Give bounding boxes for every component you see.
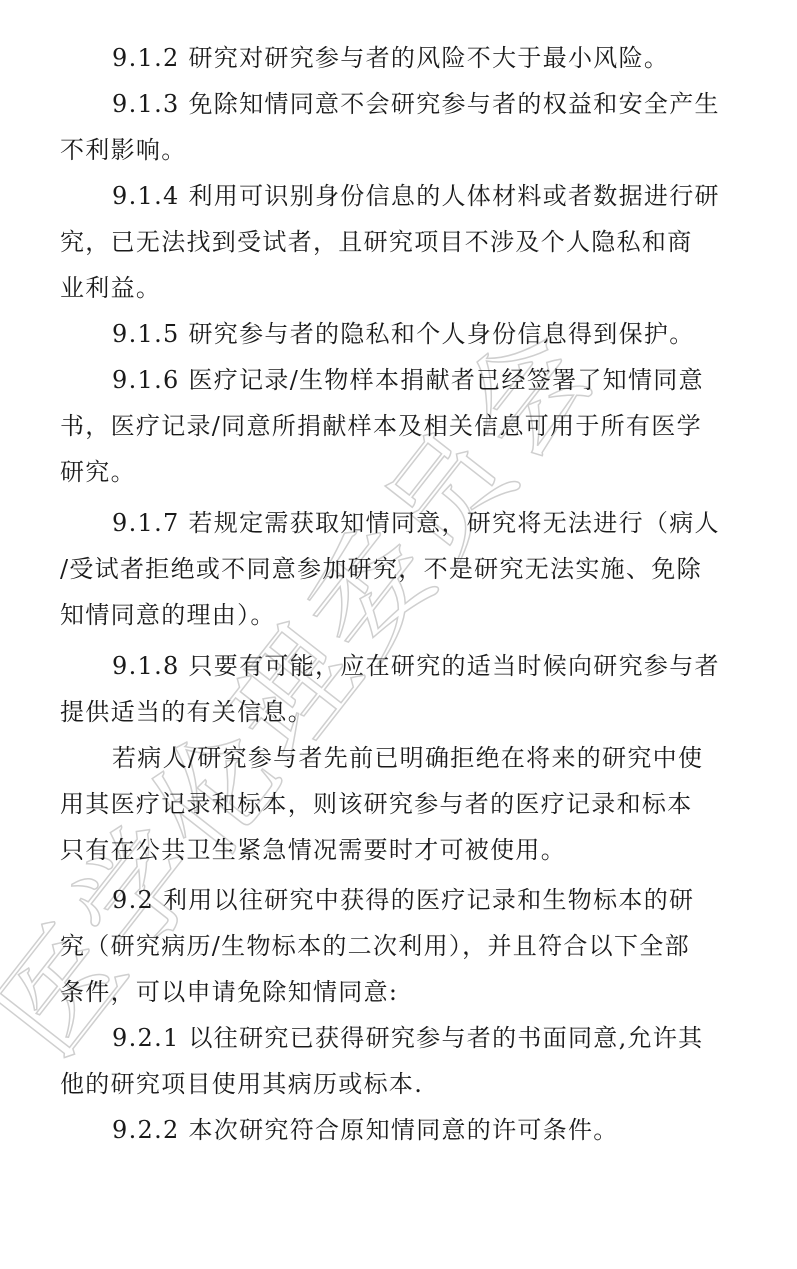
text-line: 9.2 利用以往研究中获得的医疗记录和生物标本的研	[112, 877, 694, 923]
text-line: 究，已无法找到受试者，且研究项目不涉及个人隐私和商	[60, 219, 693, 265]
text-line: 9.1.2 研究对研究参与者的风险不大于最小风险。	[112, 35, 669, 81]
text-line: 9.1.4 利用可识别身份信息的人体材料或者数据进行研	[112, 173, 720, 219]
text-line: 9.1.7 若规定需获取知情同意，研究将无法进行（病人	[112, 500, 720, 546]
text-line: 书，医疗记录/同意所捐献样本及相关信息可用于所有医学	[60, 403, 702, 449]
text-line: 9.1.3 免除知情同意不会研究参与者的权益和安全产生	[112, 81, 720, 127]
text-line: 研究。	[60, 449, 136, 495]
text-line: 业利益。	[60, 265, 161, 311]
text-line: 若病人/研究参与者先前已明确拒绝在将来的研究中使	[112, 735, 703, 781]
text-line: 9.1.8 只要有可能，应在研究的适当时候向研究参与者	[112, 643, 720, 689]
text-line: 究（研究病历/生物标本的二次利用），并且符合以下全部	[60, 923, 690, 969]
text-line: 9.1.5 研究参与者的隐私和个人身份信息得到保护。	[112, 311, 695, 357]
text-line: 他的研究项目使用其病历或标本.	[60, 1061, 423, 1107]
text-line: 9.2.1 以往研究已获得研究参与者的书面同意,允许其	[112, 1015, 703, 1061]
text-line: 知情同意的理由）。	[60, 592, 276, 638]
text-line: 9.2.2 本次研究符合原知情同意的许可条件。	[112, 1107, 619, 1153]
text-line: 提供适当的有关信息。	[60, 689, 313, 735]
text-line: /受试者拒绝或不同意参加研究，不是研究无法实施、免除	[60, 546, 702, 592]
document-page: 医学伦理委员会 9.1.2 研究对研究参与者的风险不大于最小风险。 9.1.3 …	[0, 0, 797, 1269]
text-line: 只有在公共卫生紧急情况需要时才可被使用。	[60, 827, 566, 873]
text-line: 9.1.6 医疗记录/生物样本捐献者已经签署了知情同意	[112, 357, 704, 403]
text-line: 不利影响。	[60, 127, 187, 173]
text-line: 条件，可以申请免除知情同意:	[60, 969, 398, 1015]
text-line: 用其医疗记录和标本，则该研究参与者的医疗记录和标本	[60, 781, 693, 827]
